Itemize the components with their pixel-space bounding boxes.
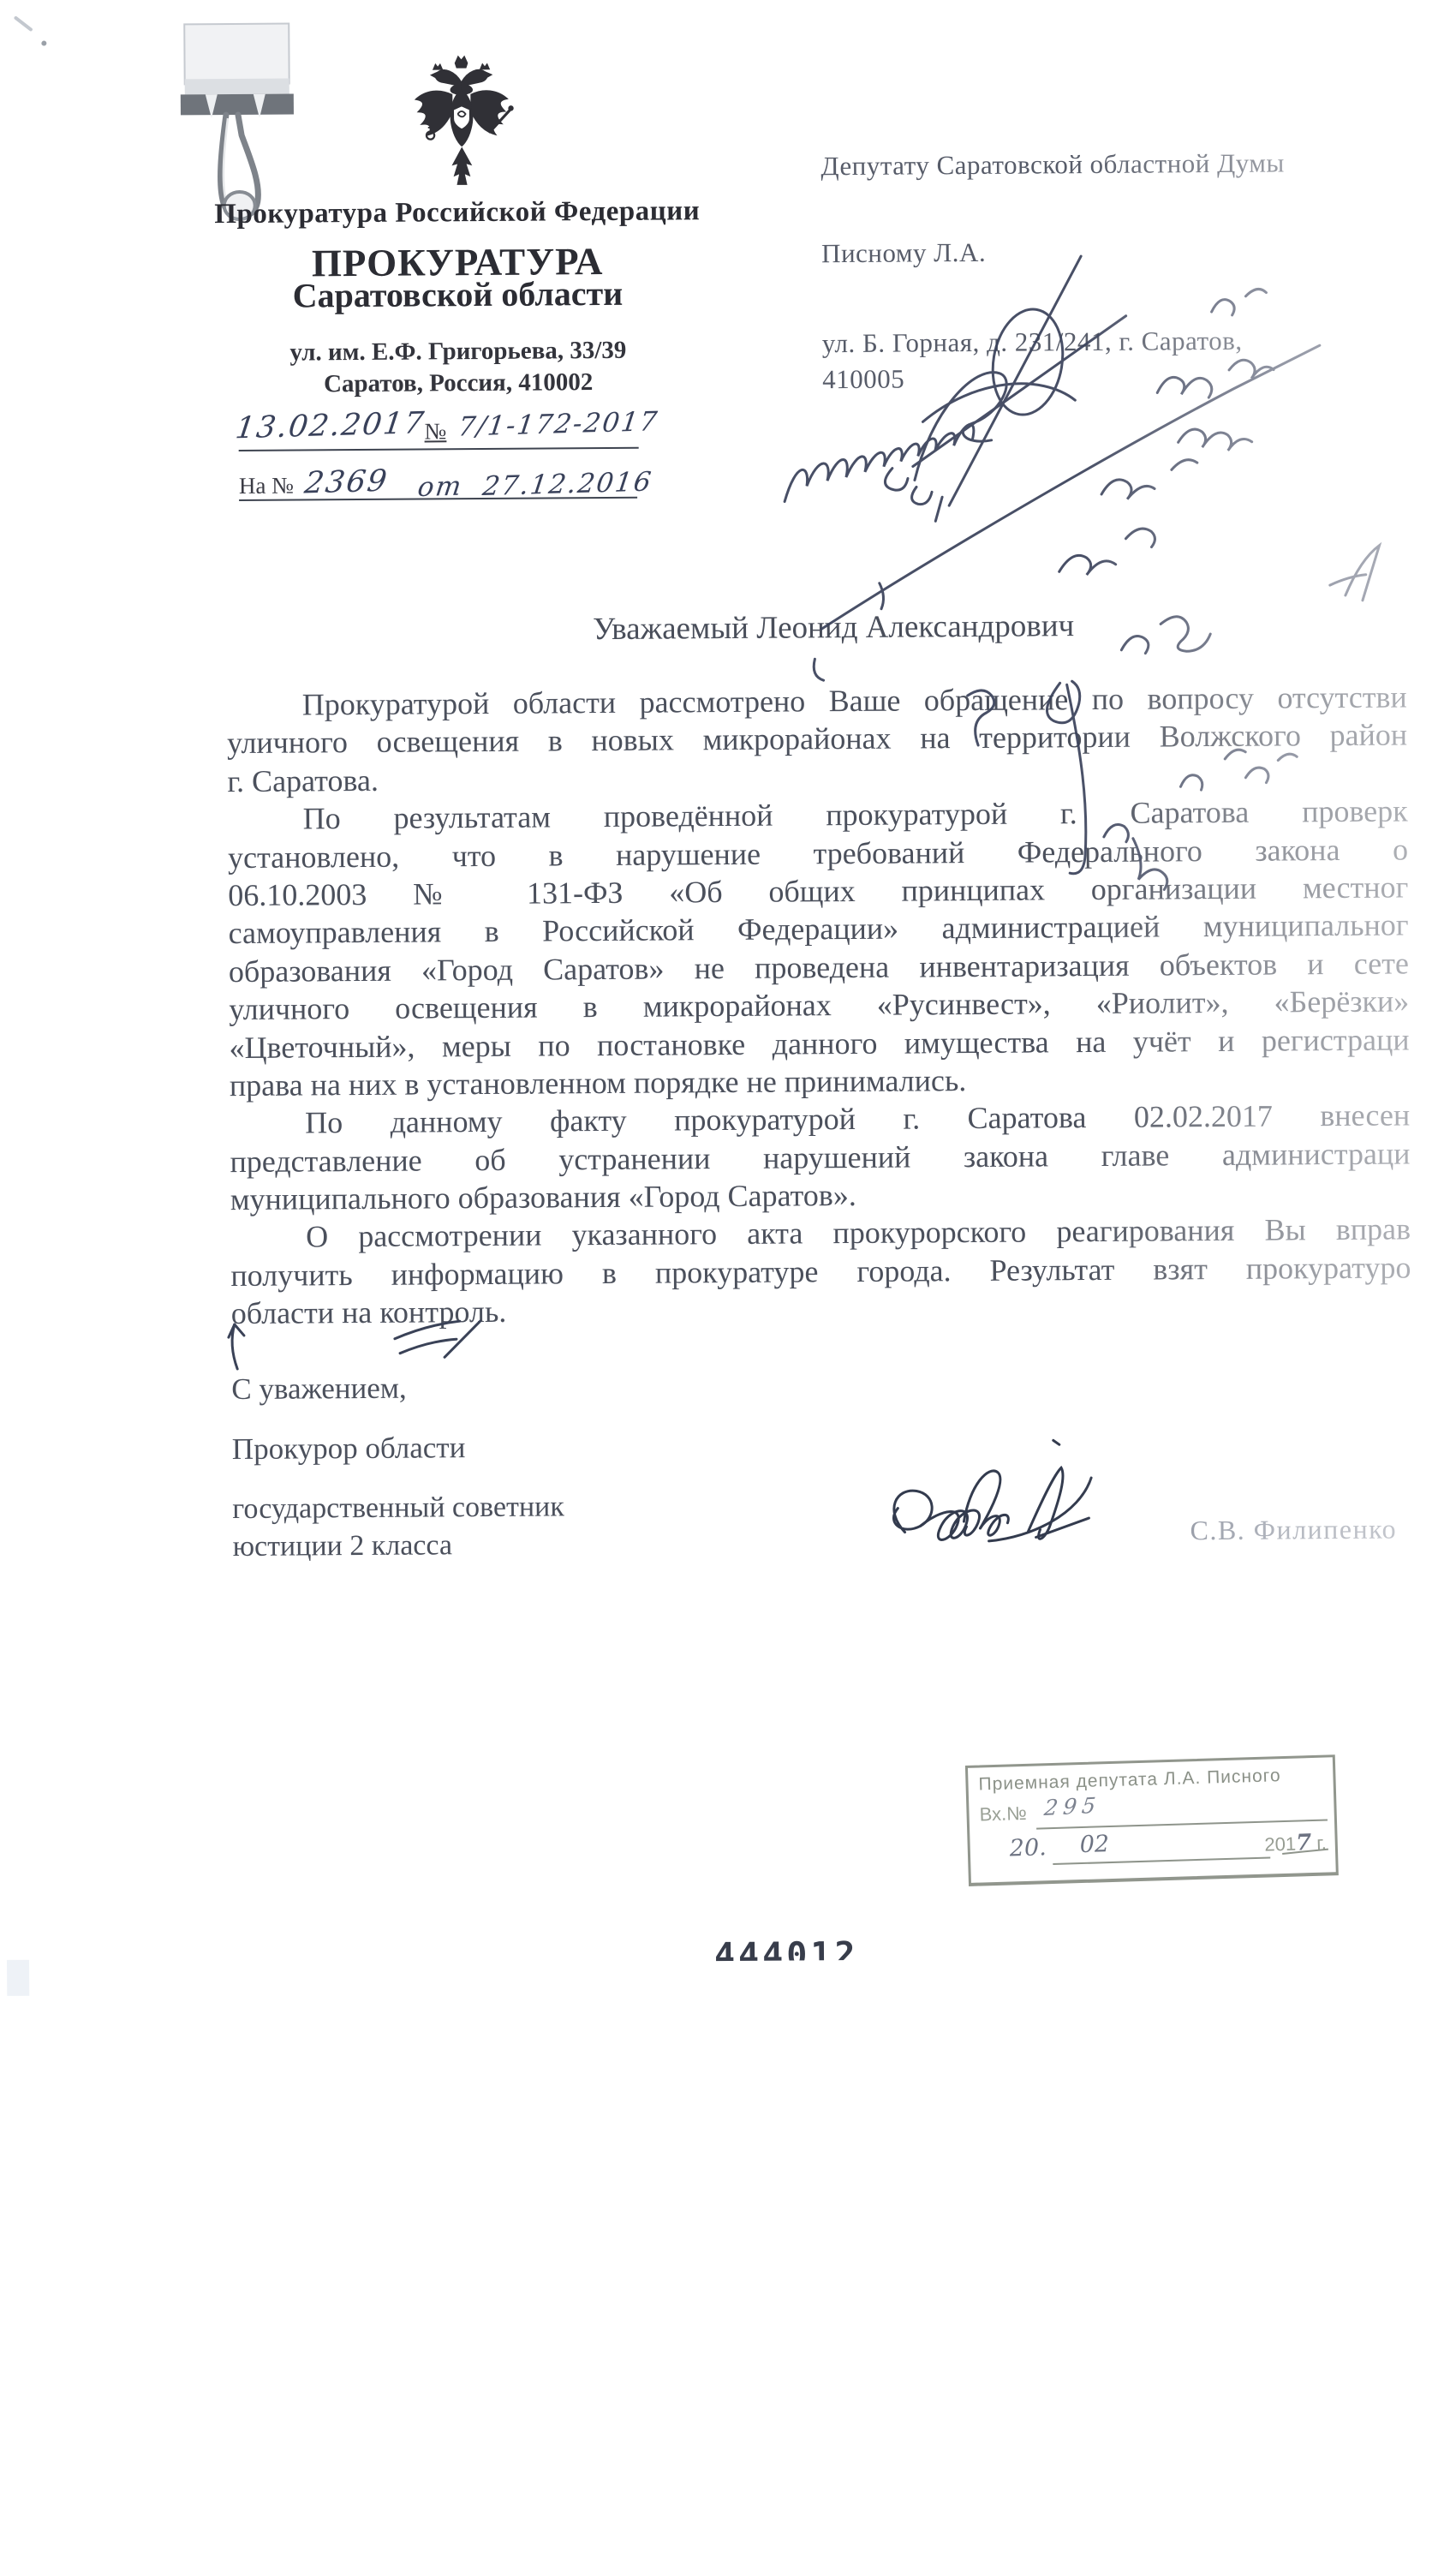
footer-document-number: 444012 — [714, 1937, 886, 1961]
stamp-date-day: 20. — [1009, 1834, 1047, 1862]
closing-rank-line1: государственный советник — [232, 1488, 564, 1528]
number-sign-label: № — [424, 418, 446, 445]
signature-icon — [860, 1434, 1186, 1565]
closing-regards: С уважением, — [231, 1372, 407, 1407]
receipt-stamp: Приемная депутата Л.А. Писного Вх.№ 295 … — [965, 1754, 1339, 1886]
signer-name: С.В. Филипенко — [1190, 1514, 1397, 1547]
stamp-office-name: Приемная депутата Л.А. Писного — [978, 1766, 1281, 1795]
reference-underline-1 — [239, 447, 639, 451]
scan-content: Прокуратура Российской Федерации ПРОКУРА… — [0, 0, 1456, 2570]
scan-speck — [14, 15, 33, 32]
letterhead-address-line1: ул. им. Е.Ф. Григорьева, 33/39 — [193, 336, 724, 368]
incoming-number-handwritten: 2369 — [302, 464, 391, 501]
stamp-incoming-number: 295 — [1043, 1793, 1102, 1820]
stamp-incoming-label: Вх.№ — [979, 1802, 1027, 1826]
stamp-line-rule2 — [1053, 1856, 1270, 1865]
scan-speck — [41, 41, 46, 46]
closing-rank: государственный советник юстиции 2 класс… — [232, 1488, 564, 1566]
closing-position: Прокурор области — [232, 1431, 466, 1467]
letterhead-country-org: Прокуратура Российской Федерации — [192, 195, 723, 230]
handwritten-annotation — [697, 235, 1456, 1028]
letterhead-org-region: Саратовской области — [192, 272, 723, 316]
scanned-letter-page: Прокуратура Российской Федерации ПРОКУРА… — [0, 0, 1456, 2570]
coat-of-arms-icon — [406, 46, 516, 218]
pen-tick-marks — [224, 1314, 506, 1376]
addressee-line1: Депутату Саратовской областной Думы — [820, 147, 1285, 182]
closing-rank-line2: юстиции 2 класса — [232, 1526, 564, 1566]
outgoing-number-handwritten: 7/1-172-2017 — [456, 406, 660, 443]
letterhead-address-line2: Саратов, Россия, 410002 — [193, 368, 724, 399]
scan-artifact — [7, 1960, 29, 1996]
reply-label: На № — [239, 473, 294, 499]
footer-number-digits: 444012 — [714, 1937, 859, 1961]
outgoing-date-handwritten: 13.02.2017 — [234, 406, 427, 445]
stamp-date-month: 02 — [1079, 1831, 1109, 1858]
stamp-line-rule1 — [1036, 1819, 1328, 1829]
